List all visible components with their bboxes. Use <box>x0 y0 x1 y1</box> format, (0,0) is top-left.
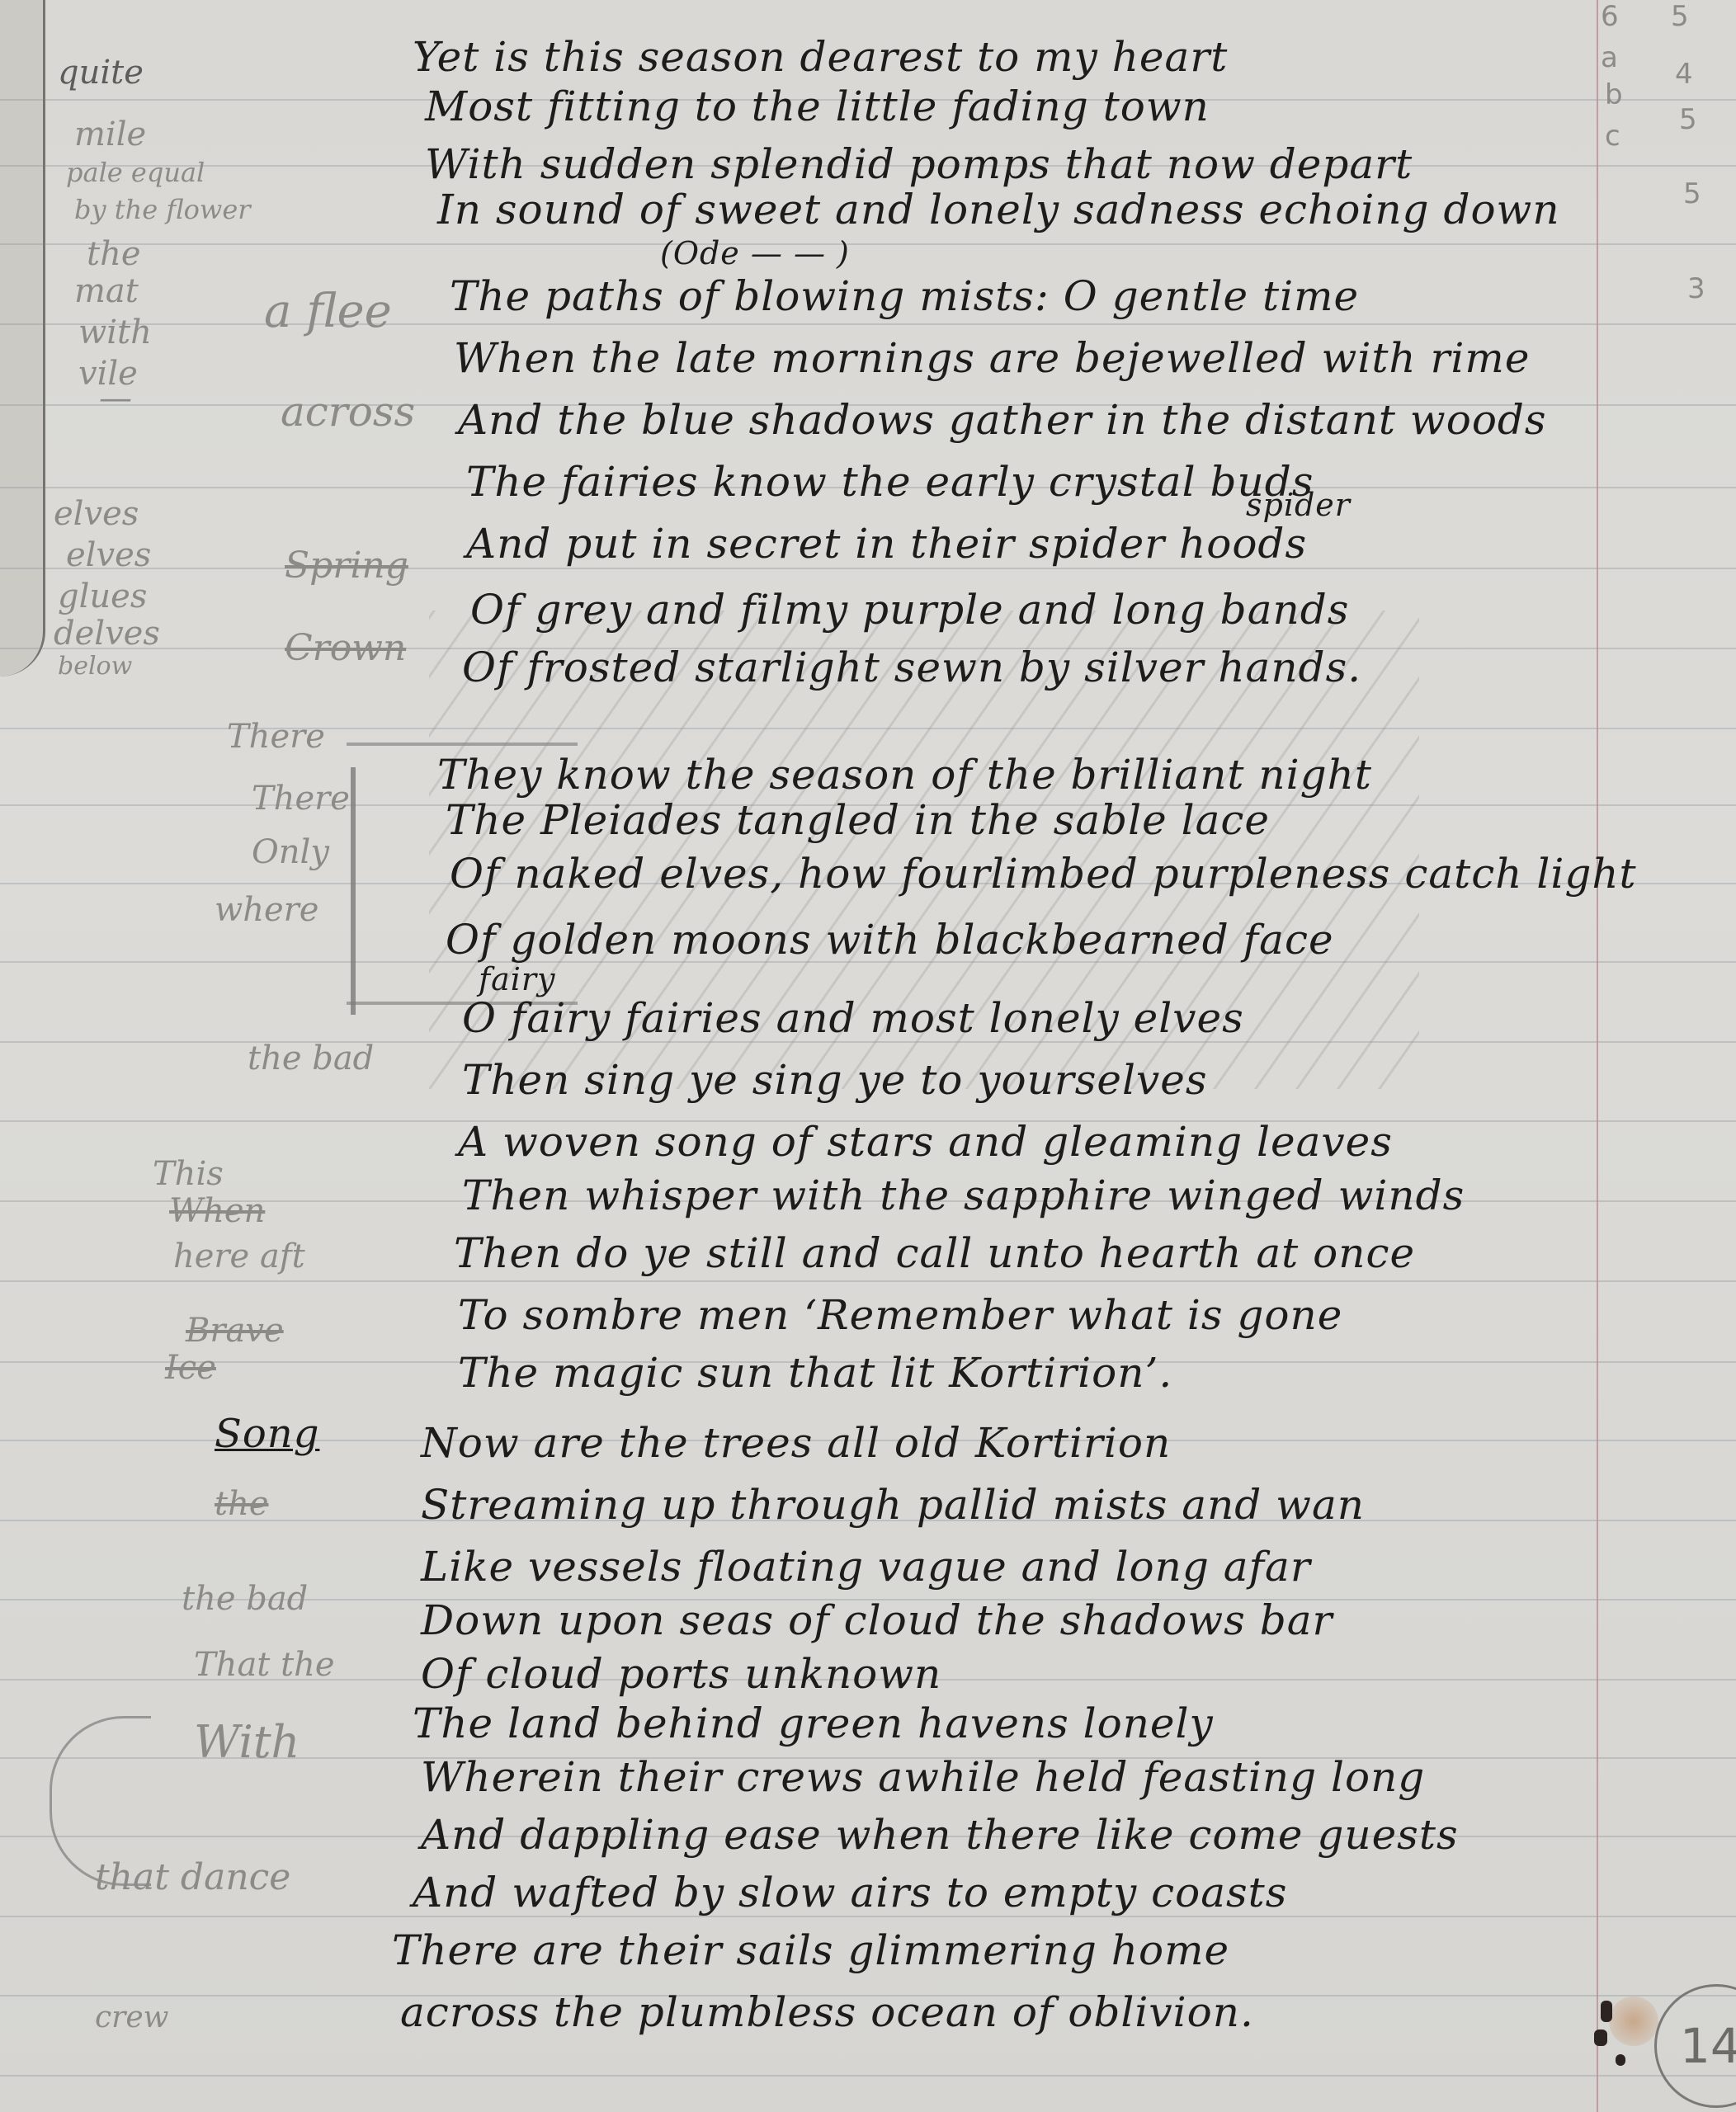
margin-note-song: Song <box>215 1411 319 1457</box>
margin-note: This <box>153 1155 224 1193</box>
poem-line: Of frosted starlight sewn by silver hand… <box>462 643 1361 691</box>
rust-stain <box>1609 1996 1658 2046</box>
poem-line: across the plumbless ocean of oblivion. <box>400 1988 1254 2036</box>
rhyme-letter: c <box>1605 120 1620 153</box>
poem-line: O fairy fairies and most lonely elves <box>462 994 1244 1042</box>
poem-line: Of cloud ports unknown <box>421 1650 941 1698</box>
rule-line <box>0 2075 1736 2077</box>
margin-note: That the <box>194 1646 335 1684</box>
margin-note: pale equal <box>66 157 205 188</box>
poem-line: Then do ye still and call unto hearth at… <box>454 1229 1415 1277</box>
rhyme-letter: 5 <box>1679 103 1697 136</box>
poem-line: Yet is this season dearest to my heart <box>413 33 1228 81</box>
poem-line: And wafted by slow airs to empty coasts <box>413 1869 1287 1916</box>
poem-line: Streaming up through pallid mists and wa… <box>421 1481 1365 1529</box>
poem-line: There are their sails glimmering home <box>392 1926 1229 1974</box>
margin-note: the <box>215 1485 269 1523</box>
page-number: 144 <box>1680 2018 1736 2074</box>
poem-line: Then sing ye sing ye to yourselves <box>462 1056 1207 1104</box>
poem-line: Wherein their crews awhile held feasting… <box>421 1753 1425 1801</box>
rule-line <box>0 1280 1736 1282</box>
poem-line: A woven song of stars and gleaming leave… <box>458 1118 1393 1166</box>
poem-line: To sombre men ‘Remember what is gone <box>458 1291 1342 1339</box>
margin-note: that dance <box>95 1856 290 1898</box>
margin-note: elves <box>66 536 151 574</box>
rule-line <box>0 323 1736 325</box>
margin-note: the bad <box>248 1039 374 1077</box>
poem-line: The paths of blowing mists: O gentle tim… <box>450 272 1359 320</box>
margin-note: glues <box>58 577 147 615</box>
manuscript-page: quite mile pale equal by the flower the … <box>0 0 1736 2112</box>
poem-insertion: fairy <box>479 961 556 997</box>
margin-note: mile <box>74 115 146 153</box>
margin-note: Crown <box>285 627 406 669</box>
rhyme-letter: 4 <box>1675 58 1693 91</box>
poem-line: In sound of sweet and lonely sadness ech… <box>437 186 1560 233</box>
poem-line: When the late mornings are bejewelled wi… <box>454 334 1530 382</box>
margin-note: a flee <box>264 285 392 338</box>
margin-note: With <box>194 1716 300 1768</box>
poem-line: The Pleiades tangled in the sable lace <box>446 796 1270 844</box>
rhyme-letter: 5 <box>1671 0 1689 33</box>
poem-line: The fairies know the early crystal buds <box>466 458 1314 506</box>
poem-line: Like vessels floating vague and long afa… <box>421 1543 1311 1591</box>
margin-note: mat <box>74 272 139 310</box>
margin-note: with <box>78 313 152 351</box>
margin-note: here aft <box>173 1237 305 1275</box>
poem-line: The land behind green havens lonely <box>413 1699 1214 1747</box>
poem-line: With sudden splendid pomps that now depa… <box>425 140 1413 188</box>
margin-note: where <box>215 891 318 929</box>
margin-note: When <box>169 1192 265 1230</box>
margin-note: quite <box>58 54 144 92</box>
margin-note: below <box>58 652 132 681</box>
rhyme-letter: a <box>1601 41 1618 74</box>
poem-line: Most fitting to the little fading town <box>425 82 1210 130</box>
ink-blot <box>1594 2029 1607 2046</box>
margin-note: across <box>281 388 415 436</box>
poem-line: Of grey and filmy purple and long bands <box>470 586 1349 634</box>
poem-line: And put in secret in their spider hoods <box>466 520 1307 568</box>
rhyme-letter: 6 <box>1601 0 1619 33</box>
margin-note: — <box>99 379 132 417</box>
margin-note: crew <box>95 2001 169 2034</box>
ink-blot <box>1601 2001 1612 2022</box>
margin-note: Only <box>252 833 329 871</box>
poem-line: Down upon seas of cloud the shadows bar <box>421 1596 1333 1644</box>
poem-line: They know the season of the brilliant ni… <box>437 751 1372 799</box>
margin-note: elves <box>54 495 139 533</box>
margin-note: Spring <box>285 544 408 587</box>
poem-line: Now are the trees all old Kortirion <box>421 1419 1171 1467</box>
poem-line: The magic sun that lit Kortirion’. <box>458 1349 1172 1397</box>
margin-note: the bad <box>182 1580 308 1618</box>
poem-line: (Ode — — ) <box>660 235 850 271</box>
margin-note: Brave <box>186 1312 284 1350</box>
poem-line: Of naked elves, how fourlimbed purplenes… <box>450 850 1637 898</box>
margin-note: There <box>227 718 325 756</box>
rhyme-letter: 5 <box>1683 177 1701 210</box>
margin-note: the <box>87 235 141 273</box>
poem-line: And the blue shadows gather in the dista… <box>458 396 1547 444</box>
margin-note: There <box>252 780 350 818</box>
red-margin-rule <box>1597 0 1598 2112</box>
rhyme-letter: b <box>1605 78 1623 111</box>
rhyme-letter: 3 <box>1687 272 1705 305</box>
rule-line <box>0 243 1736 245</box>
ink-blot <box>1616 2054 1625 2066</box>
margin-note: Ice <box>165 1349 216 1387</box>
margin-note: by the flower <box>74 194 251 225</box>
poem-insertion: spider <box>1246 487 1351 523</box>
margin-note: delves <box>54 615 160 653</box>
poem-line: Then whisper with the sapphire winged wi… <box>462 1171 1465 1219</box>
poem-line: Of golden moons with blackbearned face <box>446 916 1334 964</box>
pencil-vertical-stroke <box>351 767 356 1015</box>
rule-line <box>0 568 1736 569</box>
poem-line: And dappling ease when there like come g… <box>421 1811 1459 1859</box>
